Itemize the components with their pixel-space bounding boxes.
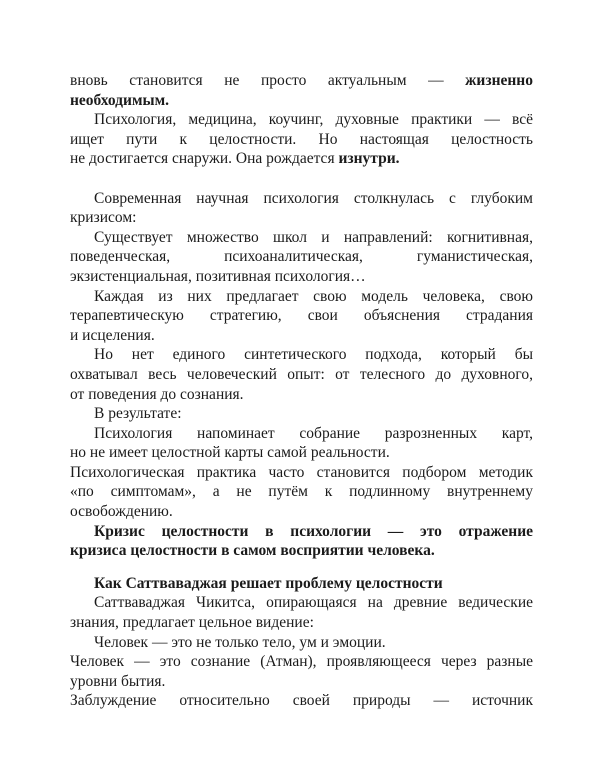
- text-line: вновь становится не просто актуальным — …: [70, 71, 533, 91]
- text-run: Современная научная психология столкнула…: [94, 190, 533, 207]
- text-run: Человек — это сознание (Атман), проявляю…: [70, 653, 533, 670]
- text-run: Существует множество школ и направлений:…: [94, 229, 533, 246]
- paragraph: Но нет единого синтетического подхода, к…: [70, 345, 533, 404]
- text-line: и исцеления.: [70, 326, 533, 346]
- text-line: ищет пути к целостности. Но настоящая це…: [70, 130, 533, 150]
- text-run: необходимым.: [70, 92, 169, 109]
- text-line: терапевтическую стратегию, свои объяснен…: [70, 306, 533, 326]
- text-run: кризиса целостности в самом восприятии ч…: [70, 542, 435, 559]
- text-line: Современная научная психология столкнула…: [70, 189, 533, 209]
- text-line: освобождению.: [70, 502, 533, 522]
- text-line: знания, предлагает цельное видение:: [70, 613, 533, 633]
- paragraph: Заблуждение относительно своей природы —…: [70, 691, 533, 711]
- paragraph: Саттваваджая Чикитса, опирающаяся на дре…: [70, 593, 533, 632]
- text-line: Психология, медицина, коучинг, духовные …: [70, 110, 533, 130]
- paragraph: Психологическая практика часто становитс…: [70, 463, 533, 522]
- text-run: уровни бытия.: [70, 673, 165, 690]
- text-run: терапевтическую стратегию, свои объяснен…: [70, 307, 533, 324]
- text-run: поведенческая, психоаналитическая, гуман…: [70, 248, 533, 265]
- section-heading: Как Саттваваджая решает проблему целостн…: [70, 574, 533, 594]
- text-line: В результате:: [70, 404, 533, 424]
- paragraph: В результате:: [70, 404, 533, 424]
- text-run: Психология, медицина, коучинг, духовные …: [94, 111, 533, 128]
- paragraph: Психология напоминает собрание разрознен…: [70, 424, 533, 463]
- text-run: Каждая из них предлагает свою модель чел…: [94, 288, 533, 305]
- text-line: уровни бытия.: [70, 672, 533, 692]
- text-content: вновь становится не просто актуальным — …: [70, 71, 533, 711]
- text-run: Человек — это не только тело, ум и эмоци…: [94, 634, 386, 651]
- text-run: от поведения до сознания.: [70, 386, 244, 403]
- text-line: Заблуждение относительно своей природы —…: [70, 691, 533, 711]
- text-run: но не имеет целостной карты самой реальн…: [70, 444, 390, 461]
- paragraph: вновь становится не просто актуальным — …: [70, 71, 533, 110]
- text-line: от поведения до сознания.: [70, 385, 533, 405]
- text-run: Психологическая практика часто становитс…: [70, 464, 533, 481]
- text-line: «по симптомам», а не путём к подлинному …: [70, 482, 533, 502]
- paragraph: Существует множество школ и направлений:…: [70, 228, 533, 287]
- text-line: Человек — это не только тело, ум и эмоци…: [70, 633, 533, 653]
- text-run: Кризис целостности в психологии — это от…: [94, 523, 533, 540]
- text-run: Психология напоминает собрание разрознен…: [94, 425, 533, 442]
- text-line: но не имеет целостной карты самой реальн…: [70, 443, 533, 463]
- paragraph: Современная научная психология столкнула…: [70, 189, 533, 228]
- text-line: Каждая из них предлагает свою модель чел…: [70, 287, 533, 307]
- text-run: и исцеления.: [70, 327, 155, 344]
- paragraph: Человек — это сознание (Атман), проявляю…: [70, 652, 533, 691]
- text-line: Существует множество школ и направлений:…: [70, 228, 533, 248]
- text-run: ищет пути к целостности. Но настоящая це…: [70, 131, 533, 148]
- text-run: экзистенциальная, позитивная психология…: [70, 268, 366, 285]
- text-line: Психологическая практика часто становитс…: [70, 463, 533, 483]
- text-line: кризисом:: [70, 208, 533, 228]
- text-line: Как Саттваваджая решает проблему целостн…: [70, 574, 533, 594]
- text-line: Саттваваджая Чикитса, опирающаяся на дре…: [70, 593, 533, 613]
- paragraph: Кризис целостности в психологии — это от…: [70, 522, 533, 561]
- document-page: вновь становится не просто актуальным — …: [0, 0, 603, 784]
- text-line: кризиса целостности в самом восприятии ч…: [70, 541, 533, 561]
- text-line: экзистенциальная, позитивная психология…: [70, 267, 533, 287]
- text-run: не достигается снаружи. Она рождается: [70, 150, 338, 167]
- text-run: охватывал весь человеческий опыт: от тел…: [70, 366, 533, 383]
- text-run: «по симптомам», а не путём к подлинному …: [70, 483, 533, 500]
- text-run: Но нет единого синтетического подхода, к…: [94, 346, 533, 363]
- text-run: Как Саттваваджая решает проблему целостн…: [94, 575, 443, 592]
- text-run: В результате:: [94, 405, 182, 422]
- text-run: Заблуждение относительно своей природы —…: [70, 692, 533, 709]
- text-run: знания, предлагает цельное видение:: [70, 614, 314, 631]
- paragraph: Человек — это не только тело, ум и эмоци…: [70, 633, 533, 653]
- text-line: Кризис целостности в психологии — это от…: [70, 522, 533, 542]
- text-line: необходимым.: [70, 91, 533, 111]
- text-line: поведенческая, психоаналитическая, гуман…: [70, 247, 533, 267]
- text-run: изнутри.: [338, 150, 399, 167]
- text-line: не достигается снаружи. Она рождается из…: [70, 149, 533, 169]
- paragraph: Каждая из них предлагает свою модель чел…: [70, 287, 533, 346]
- text-run: жизненно: [465, 72, 533, 89]
- text-line: Но нет единого синтетического подхода, к…: [70, 345, 533, 365]
- text-run: вновь становится не просто актуальным —: [70, 72, 465, 89]
- text-line: Человек — это сознание (Атман), проявляю…: [70, 652, 533, 672]
- text-run: Саттваваджая Чикитса, опирающаяся на дре…: [94, 594, 533, 611]
- paragraph: Психология, медицина, коучинг, духовные …: [70, 110, 533, 169]
- text-line: Психология напоминает собрание разрознен…: [70, 424, 533, 444]
- text-run: освобождению.: [70, 503, 173, 520]
- text-run: кризисом:: [70, 209, 136, 226]
- text-line: охватывал весь человеческий опыт: от тел…: [70, 365, 533, 385]
